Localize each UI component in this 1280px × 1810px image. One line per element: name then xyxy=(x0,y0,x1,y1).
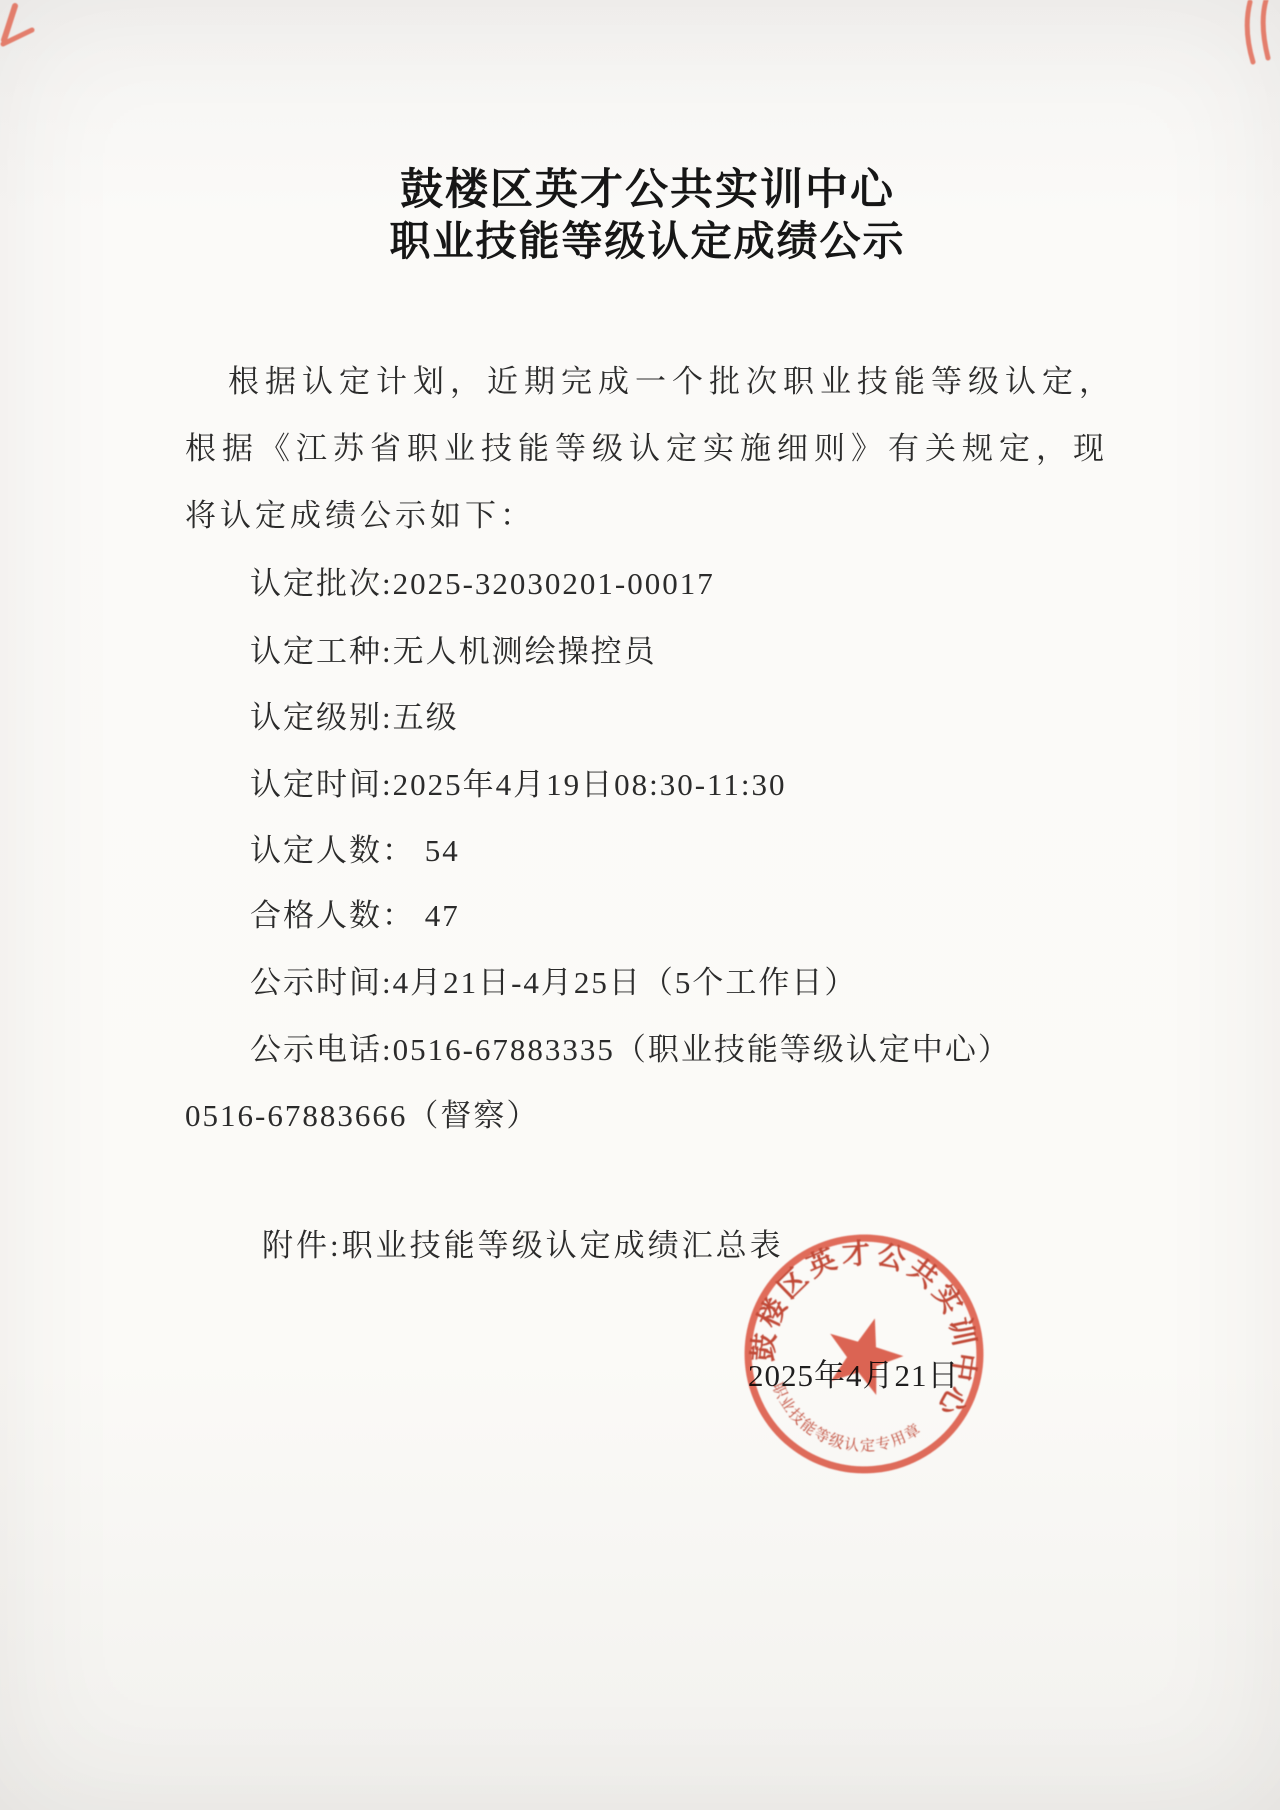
detail-line-publicity-period: 公示时间:4月21日-4月25日（5个工作日） xyxy=(250,957,857,1002)
star-icon xyxy=(817,1307,912,1399)
intro-line-3: 将认定成绩公示如下： xyxy=(185,490,535,535)
detail-line-batch: 认定批次:2025-32030201-00017 xyxy=(250,558,715,603)
stamp-ring-text-bottom: 职业技能等级认定专用章 xyxy=(756,1376,928,1475)
phone-continuation-line: 0516-67883666（督察） xyxy=(185,1090,539,1135)
red-ink-mark-top-left xyxy=(0,0,52,52)
detail-line-level: 认定级别:五级 xyxy=(250,692,459,737)
detail-line-occupation: 认定工种:无人机测绘操控员 xyxy=(250,626,657,671)
doc-title-line-2: 职业技能等级认定成绩公示 xyxy=(185,208,1110,267)
svg-text:职业技能等级认定专用章: 职业技能等级认定专用章 xyxy=(756,1376,928,1475)
attachment-line: 附件:职业技能等级认定成绩汇总表 xyxy=(262,1220,784,1265)
detail-line-passed: 合格人数： 47 xyxy=(250,890,460,935)
intro-line-1: 根据认定计划，近期完成一个批次职业技能等级认定， xyxy=(228,356,1116,401)
document-page: 鼓楼区英才公共实训中心 职业技能等级认定成绩公示 根据认定计划，近期完成一个批次… xyxy=(0,0,1280,1810)
detail-line-time: 认定时间:2025年4月19日08:30-11:30 xyxy=(250,759,787,804)
intro-line-2: 根据《江苏省职业技能等级认定实施细则》有关规定，现 xyxy=(185,423,1110,468)
detail-line-phone: 公示电话:0516-67883335（职业技能等级认定中心） xyxy=(250,1024,1011,1069)
detail-line-candidates: 认定人数： 54 xyxy=(250,825,460,870)
red-ink-mark-top-right xyxy=(1234,0,1280,72)
